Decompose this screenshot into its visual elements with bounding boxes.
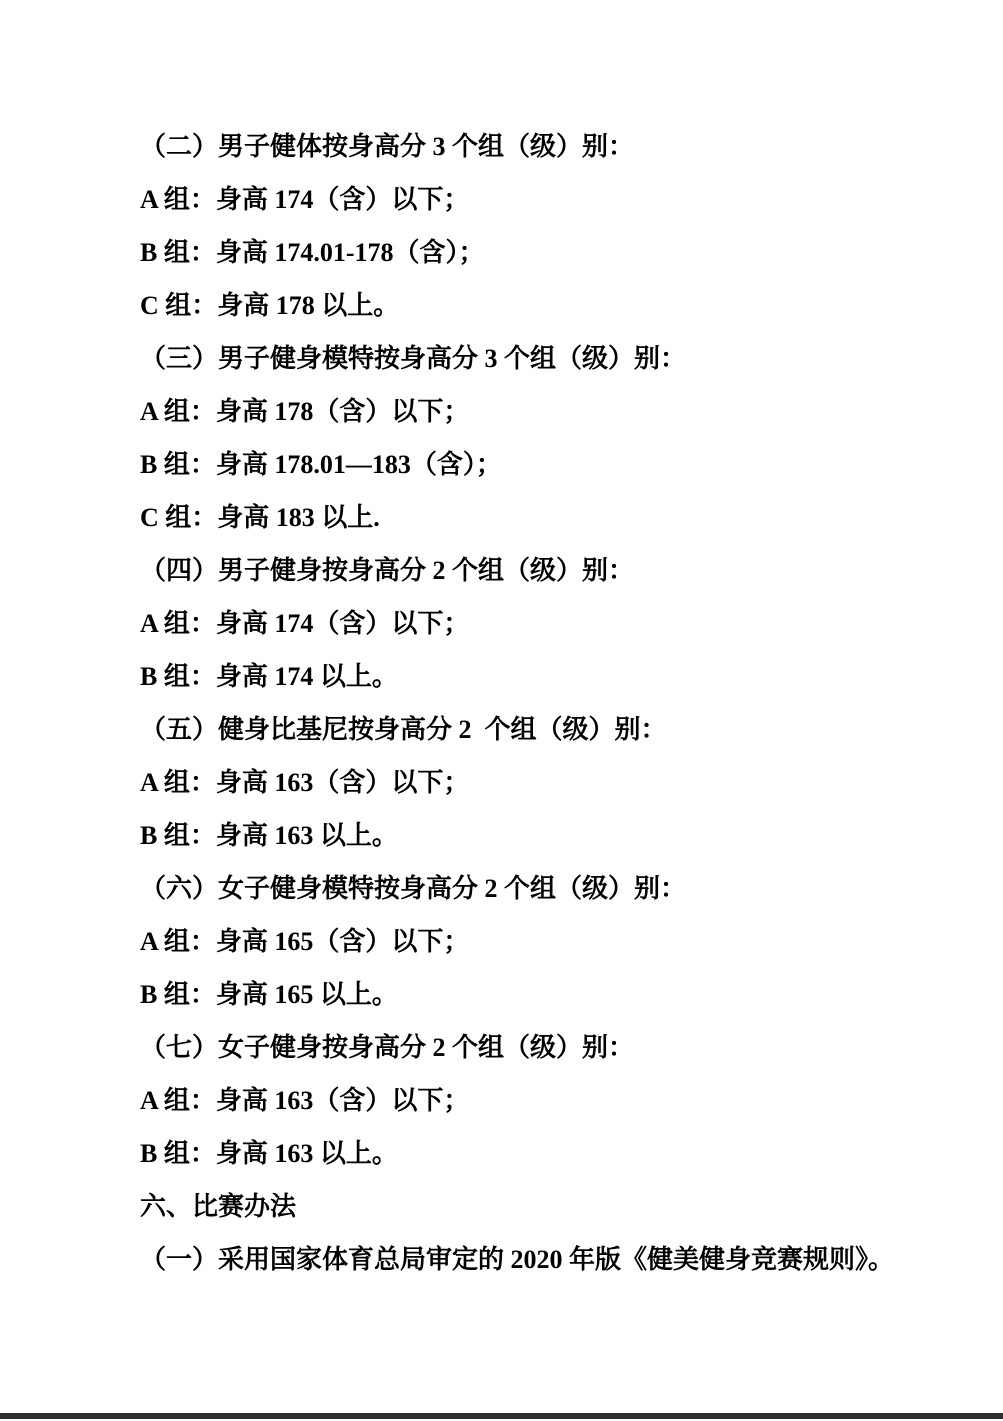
group-line: A 组：身高 163（含）以下；	[140, 1074, 953, 1127]
group-line: A 组：身高 178（含）以下；	[140, 385, 953, 438]
group-line: B 组：身高 163 以上。	[140, 1127, 953, 1180]
document-viewport: { "meta": { "background_color": "#ffffff…	[0, 0, 1003, 1421]
group-line: A 组：身高 174（含）以下；	[140, 597, 953, 650]
group-line: A 组：身高 163（含）以下；	[140, 756, 953, 809]
section-heading: （二）男子健体按身高分 3 个组（级）别：	[140, 120, 953, 173]
section-heading: （四）男子健身按身高分 2 个组（级）别：	[140, 544, 953, 597]
group-line: B 组：身高 174.01-178（含）；	[140, 226, 953, 279]
page-bottom-edge	[0, 1413, 1003, 1419]
group-line: A 组：身高 174（含）以下；	[140, 173, 953, 226]
clause-line: （一）采用国家体育总局审定的 2020 年版《健美健身竞赛规则》。	[140, 1233, 953, 1286]
section-heading: （七）女子健身按身高分 2 个组（级）别：	[140, 1021, 953, 1074]
group-line: B 组：身高 178.01—183（含）；	[140, 438, 953, 491]
section-heading: （六）女子健身模特按身高分 2 个组（级）别：	[140, 862, 953, 915]
group-line: C 组：身高 183 以上.	[140, 491, 953, 544]
group-line: A 组：身高 165（含）以下；	[140, 915, 953, 968]
chapter-heading: 六、比赛办法	[140, 1180, 953, 1233]
section-heading: （三）男子健身模特按身高分 3 个组（级）别：	[140, 332, 953, 385]
group-line: B 组：身高 165 以上。	[140, 968, 953, 1021]
document-page: （二）男子健体按身高分 3 个组（级）别： A 组：身高 174（含）以下； B…	[140, 120, 953, 1286]
group-line: C 组：身高 178 以上。	[140, 279, 953, 332]
group-line: B 组：身高 174 以上。	[140, 650, 953, 703]
group-line: B 组：身高 163 以上。	[140, 809, 953, 862]
section-heading: （五）健身比基尼按身高分 2 个组（级）别：	[140, 703, 953, 756]
